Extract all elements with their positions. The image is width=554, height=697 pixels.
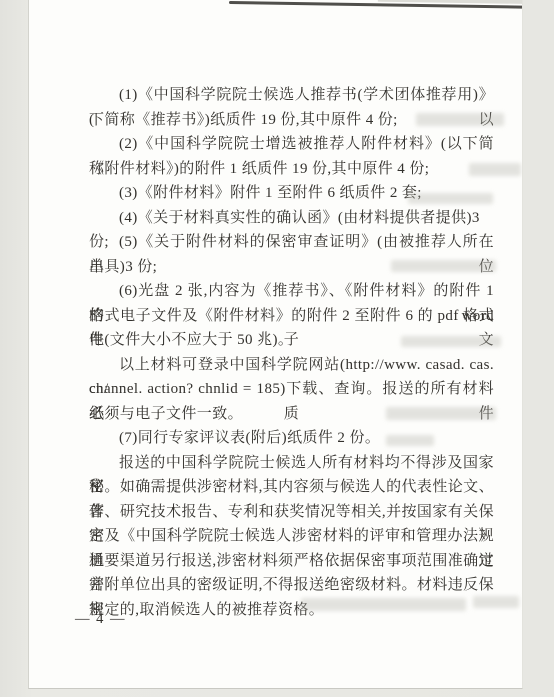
page-number: — 4 — — [75, 611, 126, 628]
text-line: 密。如确需提供涉密材料,其内容须与候选人的代表性论文、著 — [89, 475, 494, 500]
bleed-through-mark — [469, 163, 521, 176]
bleed-through-mark — [401, 336, 501, 347]
bleed-through-mark — [301, 598, 466, 611]
text-line: 作、研究技术报告、专利和获奖情况等相关,并按国家有关保密规 — [89, 500, 494, 525]
document-body: (1)《中国科学院院士候选人推荐书(学术团体推荐用)》(以下简称《推荐书》)纸质… — [89, 83, 494, 622]
text-line: 《附件材料》)的附件 1 纸质件 19 份,其中原件 4 份; — [89, 157, 494, 182]
bleed-through-mark — [416, 113, 504, 126]
bleed-through-mark — [473, 596, 519, 608]
text-line: 并附单位出具的密级证明,不得报送绝密级材料。材料违反保密 — [89, 573, 494, 598]
text-line: (4)《关于材料真实性的确认函》(由材料提供者提供)3 份; — [89, 206, 494, 231]
text-line: 机要渠道另行报送,涉密材料须严格依据保密事项范围准确定密 — [89, 549, 494, 574]
text-line: 格式电子文件及《附件材料》的附件 2 至附件 6 的 pdf 格式电子文 — [89, 304, 494, 329]
text-line: 定及《中国科学院院士候选人涉密材料的评审和管理办法》通过 — [89, 524, 494, 549]
scanned-document-page: (1)《中国科学院院士候选人推荐书(学术团体推荐用)》(以下简称《推荐书》)纸质… — [28, 0, 523, 689]
bleed-through-mark — [386, 407, 496, 420]
text-line: (2)《中国科学院院士增选被推荐人附件材料》(以下简称 — [89, 132, 494, 157]
bleed-through-mark — [386, 435, 434, 446]
text-line: 以上材料可登录中国科学院网站(http://www. casad. cas. c… — [89, 353, 494, 378]
text-line: (1)《中国科学院院士候选人推荐书(学术团体推荐用)》(以 — [89, 83, 494, 108]
bleed-through-mark — [408, 193, 493, 204]
text-line: 报送的中国科学院院士候选人所有材料均不得涉及国家秘 — [89, 451, 494, 476]
text-line: channel. action? chnlid = 185)下载、查询。报送的所… — [89, 377, 494, 402]
bleed-through-mark — [391, 260, 496, 272]
text-line: (5)《关于附件材料的保密审查证明》(由被推荐人所在单位 — [89, 230, 494, 255]
text-line: (6)光盘 2 张,内容为《推荐书》、《附件材料》的附件 1 的 word — [89, 279, 494, 304]
